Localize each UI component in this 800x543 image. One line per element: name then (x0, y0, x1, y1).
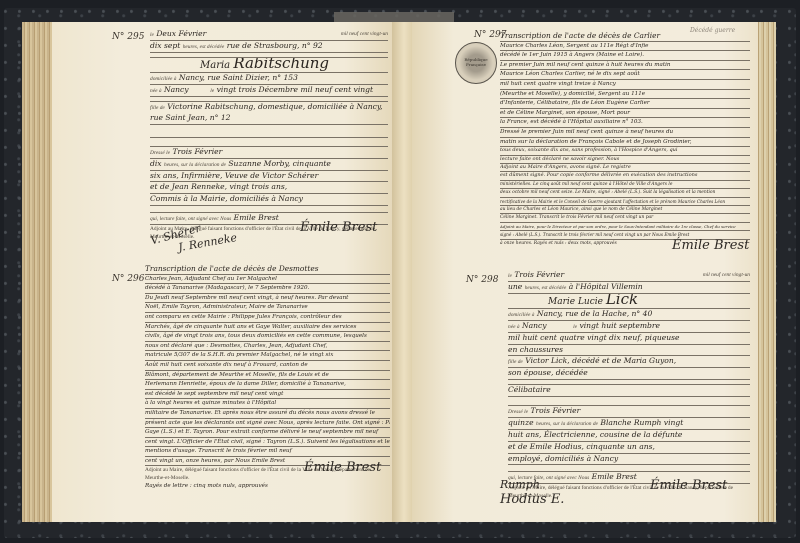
officer-signature: Émile Brest (650, 478, 727, 493)
domicile: Nancy, rue de la Hache, n° 40 (537, 309, 652, 318)
record-line: civils, âgé de vingt trois ans, tous deu… (145, 332, 390, 342)
declaration-date: Trois Février (530, 406, 580, 415)
record-line: Adjoint au Maire, pour le Directeur et p… (500, 223, 750, 231)
record-line: Du Jeudi neuf Septembre mil neuf cent vi… (145, 294, 390, 304)
parents-line: Victor Lick, décédé et de Maria Guyon, (525, 356, 676, 365)
death-place: à l'Hôpital Villemin (569, 282, 643, 291)
officer-signature: Émile Brest (672, 238, 749, 253)
declarant-line: huit ans, Électricienne, cousine de la d… (508, 430, 750, 442)
declaration-hour: quinze (508, 418, 534, 427)
record-line: ministérielles. Le cinq août mil neuf ce… (500, 181, 750, 189)
record-line: Noël, Emile Tayron, Administrateur, Mair… (145, 303, 390, 313)
record-line: Blâmont, département de Meurthe et Mosel… (145, 371, 390, 381)
parent: Victorine Rabitschung, domestique, domic… (150, 102, 383, 122)
death-record-298: le Trois Février mil neuf cent vingt-un … (508, 270, 750, 500)
record-line: Herlemann Henriette, époux de la dame Di… (145, 380, 390, 390)
margin-note: Rayés de lettre : cinq mots nuls, approu… (145, 482, 390, 491)
record-line: nous ont déclaré que : Desmottes, Charle… (145, 342, 390, 352)
print-label: heures, est décédée (525, 285, 567, 291)
record-line: (Meurthe et Moselle), y domicilié, Serge… (500, 90, 750, 100)
record-line: ont comparu en cette Mairie : Philippe J… (145, 313, 390, 323)
entry-number: N° 295 (112, 32, 144, 42)
record-line: mil huit cent quatre vingt treize à Nanc… (500, 80, 750, 90)
record-line: et de Céline Marginet, son épouse, Mort … (500, 109, 750, 119)
print-label: domiciliée à (508, 312, 535, 318)
marital-status: Célibataire (508, 385, 750, 397)
record-line: mentions d'usage. Transcrit le trois fév… (145, 447, 390, 457)
death-transcription-297: Transcription de l'acte de décès de Carl… (500, 32, 750, 247)
surname: Rabitschung (233, 58, 329, 72)
stamp-label: République Française (456, 57, 496, 67)
republique-francaise-stamp-icon: République Française (455, 42, 497, 84)
print-label: heures, est décédée (183, 44, 225, 50)
domicile: Nancy, rue Saint Dizier, n° 153 (179, 73, 298, 82)
record-line: est décédé le sept septembre mil neuf ce… (145, 390, 390, 400)
record-line: Adjoint au Maire d'Angers, avons signé. … (500, 164, 750, 172)
print-label: fille de (150, 105, 165, 111)
birthdate: vingt trois Décembre mil neuf cent vingt (217, 85, 373, 94)
record-line: décédé à Tananarive (Madagascar), le 7 S… (145, 284, 390, 294)
record-line: Août mil huit cent soixante dix neuf à F… (145, 361, 390, 371)
record-line: Gaye (L.S.) et E. Tayron. Pour extrait c… (145, 428, 390, 438)
given-name: Marie Lucie (548, 297, 603, 307)
record-line: la France, est décédé à l'Hôpital auxili… (500, 118, 750, 128)
record-line: présent acte que les déclarants ont sign… (145, 419, 390, 429)
record-line: matin sur la déclaration de François Cab… (500, 138, 750, 148)
record-line: deux octobre mil neuf cent seize. Le Mai… (500, 189, 750, 197)
record-line: est dûment signé. Pour copie conforme dé… (500, 172, 750, 180)
entry-number: N° 298 (466, 275, 498, 285)
death-place: rue de Strasbourg, n° 92 (227, 41, 323, 50)
given-name: Maria (200, 60, 230, 71)
record-line: à la vingt heures et quinze minutes à l'… (145, 399, 390, 409)
record-line: cent vingt. L'Officier de l'État civil, … (145, 438, 390, 448)
entry-number: N° 296 (112, 274, 144, 284)
death-hour: une (508, 282, 522, 291)
record-line: décédé le 1er Juin 1915 à Angers (Maine … (500, 51, 750, 61)
print-label: le (573, 324, 577, 330)
death-transcription-296: Transcription de l'acte de décès de Desm… (145, 265, 390, 491)
birthplace: Nancy (164, 85, 189, 94)
record-line: Marchés, âgé de cinquante huit ans et Ga… (145, 323, 390, 333)
declarant-line: et de Jean Renneke, vingt trois ans, (150, 182, 388, 194)
record-line: Transcription de l'acte de décès de Desm… (145, 265, 390, 275)
death-hour: dix sept (150, 41, 180, 50)
print-year: mil neuf cent vingt-un (703, 270, 750, 280)
print-label: domiciliée à (150, 76, 177, 82)
death-date: Trois Février (514, 270, 564, 279)
declarant-line: et de Emile Hodius, cinquante un ans, (508, 442, 750, 454)
birthdate-cont: mil huit cent quatre vingt dix neuf, piq… (508, 333, 750, 345)
declarant-line: Blanche Rumph vingt (600, 418, 683, 427)
record-line: d'Infanterie, Célibataire, fils de Léon … (500, 99, 750, 109)
print-label: le (508, 273, 512, 279)
record-line: Transcription de l'acte de décès de Carl… (500, 32, 750, 42)
officer-signature: Émile Brest (300, 220, 377, 235)
declarant-signature: Hodius E. (500, 492, 564, 507)
print-year: mil neuf cent vingt-un (341, 29, 388, 39)
occupation-cont: en chaussures (508, 345, 750, 357)
record-line: Dressé le premier Juin mil neuf cent qui… (500, 128, 750, 138)
birthplace: Nancy (522, 321, 547, 330)
print-label: fille de (508, 359, 523, 365)
print-label: née à (508, 324, 520, 330)
print-label: Dressé le (150, 150, 170, 156)
record-line: Le premier Juin mil neuf cent quinze à h… (500, 61, 750, 71)
death-date: Deux Février (156, 29, 206, 38)
record-line: au lieu de Charles et Léon Maurice, ains… (500, 206, 750, 214)
declarant-line: Suzanne Morby, cinquante (228, 159, 331, 168)
death-record-295: le Deux Février mil neuf cent vingt-un d… (150, 29, 388, 241)
print-label: heures, sur la déclaration de (536, 421, 598, 427)
record-line: Maurice Charles Léon, Sergent au 111e Ré… (500, 42, 750, 52)
declarant-line: six ans, Infirmière, Veuve de Victor Sch… (150, 171, 388, 183)
print-label: Dressé le (508, 409, 528, 415)
record-line: Charles Jean, Adjudant Chef au 1er Malga… (145, 275, 390, 285)
print-label: heures, sur la déclaration de (164, 162, 226, 168)
print-label: le (210, 88, 214, 94)
signed-with: Emile Brest (592, 472, 637, 481)
record-line: Céline Marginet. Transcrit le trois Févr… (500, 214, 750, 222)
declarant-line: Commis à la Mairie, domiciliés à Nancy (150, 194, 388, 206)
declaration-hour: dix (150, 159, 162, 168)
record-line: matricule 5/307 de la S.H.R. du premier … (145, 351, 390, 361)
page-edges-left (22, 22, 54, 522)
print-label: qui, lecture faite, ont signé avec Nous (150, 216, 231, 222)
record-line: lecture faite ont déclaré ne savoir sign… (500, 156, 750, 164)
declarant-signature: Rumph (500, 478, 540, 491)
signed-with: Emile Brest (234, 213, 279, 222)
declaration-date: Trois Février (172, 147, 222, 156)
birthdate: vingt huit septembre (579, 321, 660, 330)
print-label: née à (150, 88, 162, 94)
record-line: Maurice Léon Charles Carlier, né le dix … (500, 70, 750, 80)
parents-line: son épouse, décédée (508, 368, 750, 380)
record-line: rectificative de la Mairie et le Conseil… (500, 198, 750, 206)
print-label: le (150, 32, 154, 38)
record-line: militaire de Tananarive. Et après nous ê… (145, 409, 390, 419)
officer-signature: Émile Brest (304, 460, 381, 475)
page-edges-right (756, 22, 776, 522)
record-line: tous deux, soixante dix ans, sans profes… (500, 147, 750, 155)
declarant-line: employé, domiciliés à Nancy (508, 454, 750, 466)
surname: Lick (606, 294, 638, 308)
